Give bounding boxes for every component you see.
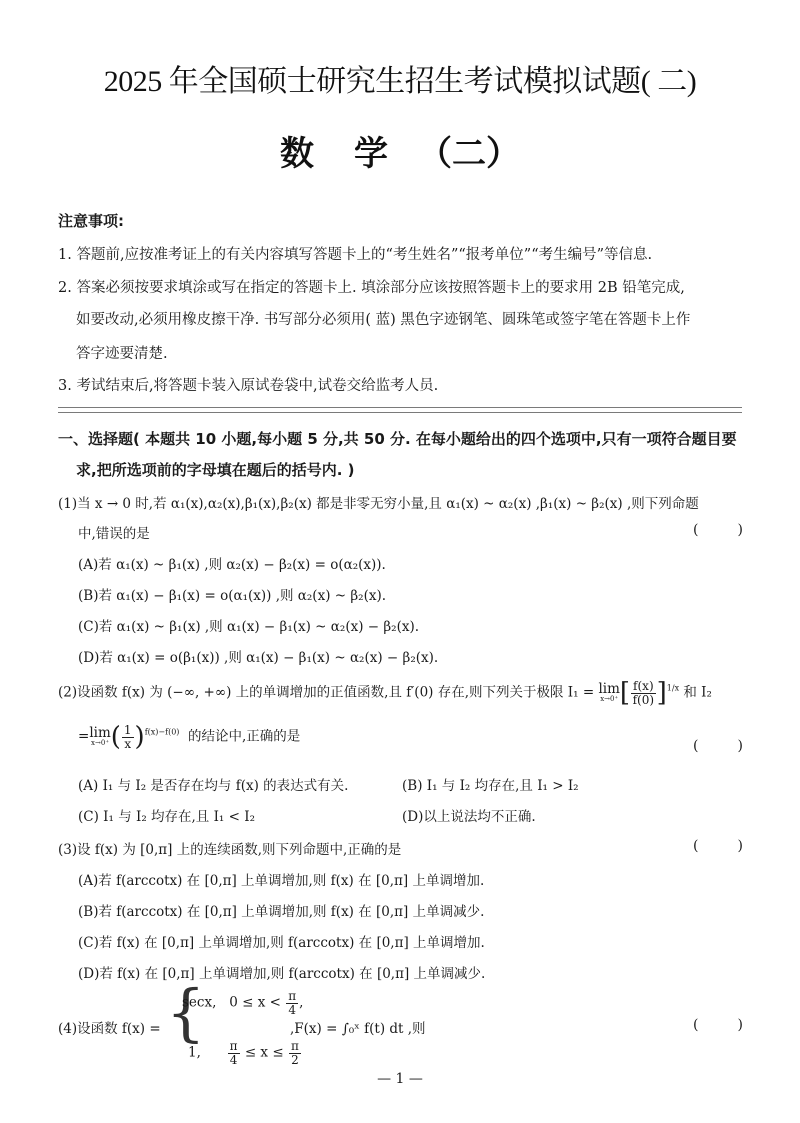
section-heading-cont: 求,把所选项前的字母填在题后的括号内. ) (76, 459, 354, 480)
q3-option-d: (D)若 f(x) 在 [0,π] 上单调增加,则 f(arccotx) 在 [… (78, 962, 485, 982)
q1-option-d: (D)若 α₁(x) = o(β₁(x)) ,则 α₁(x) − β₁(x) ~… (78, 646, 438, 666)
fraction: 1x (122, 724, 134, 750)
answer-blank-q3[interactable]: () (693, 838, 743, 854)
question-4-stem: (4)设函数 f(x) = (58, 1017, 161, 1037)
q2-option-a: (A) I₁ 与 I₂ 是否存在均与 f(x) 的表达式有关. (78, 774, 348, 794)
notice-item-2: 2. 答案必须按要求填涂或写在指定的答题卡上. 填涂部分应该按照答题卡上的要求用… (58, 276, 685, 297)
notice-item-3: 3. 考试结束后,将答题卡装入原试卷袋中,试卷交给监考人员. (58, 374, 438, 395)
q2-option-d: (D)以上说法均不正确. (402, 805, 536, 825)
subject-paper-number: （二） (418, 126, 520, 175)
question-2-stem: (2)设函数 f(x) 为 (−∞, +∞) 上的单调增加的正值函数,且 f′(… (58, 678, 712, 708)
q3-option-c: (C)若 f(x) 在 [0,π] 上单调增加,则 f(arccotx) 在 [… (78, 931, 485, 951)
q2-option-c: (C) I₁ 与 I₂ 均存在,且 I₁ < I₂ (78, 805, 255, 825)
subject-char-2: 学 (354, 126, 388, 175)
piece-2: 1, π4 ≤ x ≤ π2 (188, 1040, 302, 1066)
q1-option-b: (B)若 α₁(x) − β₁(x) = o(α₁(x)) ,则 α₂(x) ~… (78, 584, 386, 604)
page-number: — 1 — (0, 1071, 800, 1087)
notice-heading: 注意事项: (58, 210, 124, 231)
notice-item-2-cont: 如要改动,必须用橡皮擦干净. 书写部分必须用( 蓝) 黑色字迹钢笔、圆珠笔或签字… (76, 308, 690, 329)
q2-option-b: (B) I₁ 与 I₂ 均存在,且 I₁ > I₂ (402, 774, 579, 794)
question-number: (1) (58, 496, 77, 512)
piece-1: secx, 0 ≤ x < π4, (182, 990, 303, 1016)
subject-title: 数学（二） (0, 126, 800, 175)
q3-option-b: (B)若 f(arccotx) 在 [0,π] 上单调增加,则 f(x) 在 [… (78, 900, 484, 920)
notice-item-1: 1. 答题前,应按准考证上的有关内容填写答题卡上的“考生姓名”“报考单位”“考生… (58, 243, 652, 264)
answer-blank-q1[interactable]: () (693, 522, 743, 538)
q1-option-a: (A)若 α₁(x) ~ β₁(x) ,则 α₂(x) − β₂(x) = o(… (78, 553, 386, 573)
limit-operator: limx→0⁺ (598, 683, 619, 704)
q1-option-c: (C)若 α₁(x) ~ β₁(x) ,则 α₁(x) − β₁(x) ~ α₂… (78, 615, 419, 635)
question-4-stem-cont: ,F(x) = ∫₀ˣ f(t) dt ,则 (290, 1017, 426, 1037)
subject-char-1: 数 (280, 126, 314, 175)
question-2-stem-cont: =limx→0⁺(1x)f(x)−f(0) 的结论中,正确的是 (78, 722, 300, 752)
answer-blank-q2[interactable]: () (693, 738, 743, 754)
fraction: f(x)f(0) (631, 680, 656, 706)
notice-item-2-cont2: 答字迹要清楚. (76, 342, 168, 363)
limit-operator: limx→0⁺ (89, 727, 110, 748)
exam-title: 2025 年全国硕士研究生招生考试模拟试题( 二) (0, 56, 800, 100)
section-heading: 一、选择题( 本题共 10 小题,每小题 5 分,共 50 分. 在每小题给出的… (58, 428, 737, 449)
double-divider (58, 407, 742, 413)
q3-option-a: (A)若 f(arccotx) 在 [0,π] 上单调增加,则 f(x) 在 [… (78, 869, 484, 889)
question-1-stem-cont: 中,错误的是 (78, 522, 150, 542)
question-3-stem: (3)设 f(x) 为 [0,π] 上的连续函数,则下列命题中,正确的是 (58, 838, 401, 858)
question-1-stem: (1)当 x → 0 时,若 α₁(x),α₂(x),β₁(x),β₂(x) 都… (58, 492, 699, 512)
answer-blank-q4[interactable]: () (693, 1017, 743, 1033)
